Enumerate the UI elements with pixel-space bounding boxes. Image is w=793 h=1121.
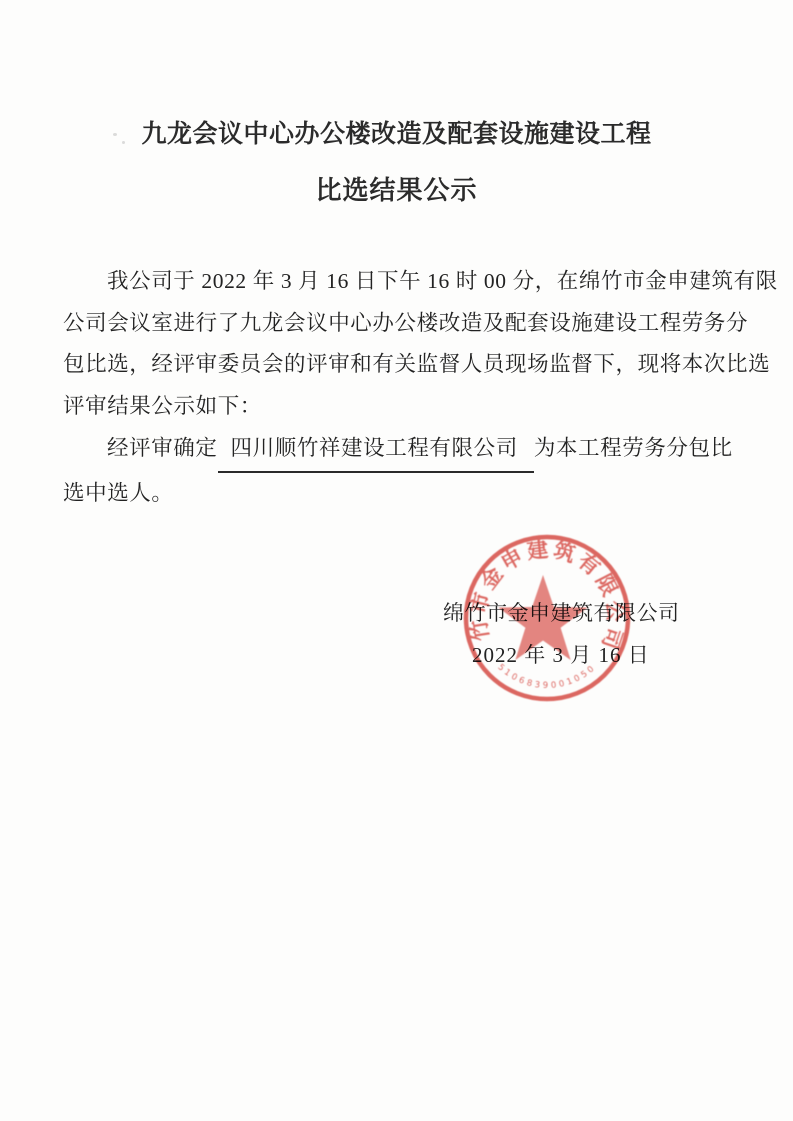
winner-prefix: 经评审确定: [107, 436, 218, 460]
winner-suffix: 为本工程劳务分包比: [534, 436, 733, 460]
paragraph1-line2: 公司会议室进行了九龙会议中心办公楼改造及配套设施建设工程劳务分: [63, 303, 733, 345]
document-subtitle: 比选结果公示: [0, 170, 793, 207]
paragraph1-line3: 包比选，经评审委员会的评审和有关监督人员现场监督下，现将本次比选: [63, 344, 733, 386]
seal-company-arc-text: 绵竹市金申建筑有限公司: [437, 508, 628, 655]
winner-company-underlined: 四川顺竹祥建设工程有限公司: [218, 428, 534, 473]
signature-date: 2022 年 3 月 16 日: [472, 639, 650, 669]
paragraph2-line2: 选中选人。: [63, 473, 733, 515]
document-title: 九龙会议中心办公楼改造及配套设施建设工程: [0, 114, 793, 150]
paragraph1-line1: 我公司于 2022 年 3 月 16 日下午 16 时 00 分，在绵竹市金申建…: [63, 261, 733, 303]
signature-company: 绵竹市金申建筑有限公司: [443, 597, 680, 627]
paragraph2-line1: 经评审确定四川顺竹祥建设工程有限公司为本工程劳务分包比: [63, 428, 733, 473]
document-page: 九龙会议中心办公楼改造及配套设施建设工程 比选结果公示 我公司于 2022 年 …: [0, 0, 793, 1121]
body-text: 我公司于 2022 年 3 月 16 日下午 16 时 00 分，在绵竹市金申建…: [63, 261, 733, 514]
paragraph1-line4: 评审结果公示如下：: [63, 386, 733, 428]
